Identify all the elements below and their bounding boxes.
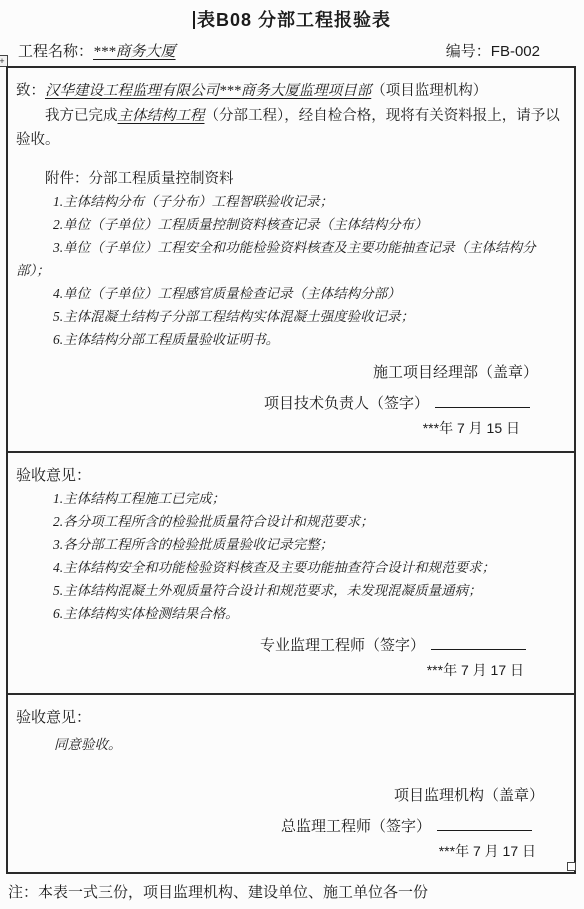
attachment-item: 2.单位（子单位）工程质量控制资料核查记录（主体结构分布） (16, 213, 566, 236)
attachment-label: 附件：分部工程质量控制资料 (16, 168, 566, 190)
opinion-item: 3.各分部工程所含的检验批质量验收记录完整； (16, 533, 566, 556)
project-name-label: 工程名称： (18, 43, 93, 60)
project-name-field: 工程名称：***商务大厦 (18, 40, 176, 61)
attachment-item: 3.单位（子单位）工程安全和功能检验资料核查及主要功能抽查记录（主体结构分部）； (16, 236, 566, 282)
form-number-value: FB-002 (491, 43, 540, 60)
page-title: 表B08 分部工程报验表 (0, 6, 584, 32)
table-resize-handle-icon[interactable] (567, 862, 576, 871)
supervisor-sign-label: 专业监理工程师（签字） (260, 637, 425, 654)
attachment-item: 6.主体结构分部工程质量验收证明书。 (16, 328, 566, 351)
form-title-text: 表B08 分部工程报验表 (197, 10, 391, 30)
signature-blank[interactable] (431, 636, 526, 650)
opinion-item: 5.主体结构混凝土外观质量符合设计和规范要求，未发现混凝质量通病； (16, 579, 566, 602)
text-cursor-icon (193, 11, 195, 29)
supervision-org-stamp-line: 项目监理机构（盖章） (16, 784, 566, 808)
chief-supervisor-signature-block: 项目监理机构（盖章） 总监理工程师（签字） ***年 7 月 17 日 (16, 784, 566, 862)
signature-blank[interactable] (437, 817, 532, 831)
final-opinion-value: 同意验收。 (16, 733, 566, 756)
inspection-opinion-section: 验收意见： 1.主体结构工程施工已完成； 2.各分项工程所含的检验批质量符合设计… (8, 453, 574, 695)
form-number-label: 编号： (446, 43, 491, 60)
tech-director-sign-label: 项目技术负责人（签字） (264, 395, 429, 412)
contractor-date-line: ***年 7 月 15 日 (16, 417, 566, 439)
signature-blank[interactable] (435, 394, 530, 408)
project-name-value: ***商务大厦 (93, 44, 176, 60)
attachment-item: 5.主体混凝土结构子分部工程结构实体混凝土强度验收记录； (16, 305, 566, 328)
addressee-value: 汉华建设工程监理有限公司***商务大厦监理项目部 (45, 83, 371, 99)
sub-project-value: 主体结构工程 (118, 108, 205, 124)
supervisor-sign-line: 专业监理工程师（签字） (16, 633, 566, 659)
opinion-item: 4.主体结构安全和功能检验资料核查及主要功能抽查符合设计和规范要求； (16, 556, 566, 579)
supervisor-date-line: ***年 7 月 17 日 (16, 659, 566, 681)
supervisor-signature-block: 专业监理工程师（签字） ***年 7 月 17 日 (16, 627, 566, 681)
addressee-label: 致： (16, 83, 45, 99)
final-opinion-heading: 验收意见： (16, 707, 566, 729)
statement-prefix: 我方已完成 (45, 108, 118, 124)
opinion-item: 6.主体结构实体检测结果合格。 (16, 602, 566, 625)
form-number-field: 编号：FB-002 (446, 40, 540, 61)
opinion-item: 2.各分项工程所含的检验批质量符合设计和规范要求； (16, 510, 566, 533)
chief-supervisor-date-line: ***年 7 月 17 日 (16, 840, 566, 862)
chief-supervisor-sign-label: 总监理工程师（签字） (281, 818, 431, 835)
opinion-heading: 验收意见： (16, 465, 566, 487)
footer-note: 注：本表一式三份，项目监理机构、建设单位、施工单位各一份 (8, 883, 428, 903)
chief-supervisor-sign-line: 总监理工程师（签字） (16, 814, 566, 840)
application-statement: 我方已完成主体结构工程（分部工程），经自检合格，现将有关资料报上，请予以验收。 (16, 104, 566, 152)
addressee-suffix: （项目监理机构） (371, 83, 487, 99)
attachment-item: 1.主体结构分布（子分布）工程智联验收记录； (16, 190, 566, 213)
tech-director-sign-line: 项目技术负责人（签字） (16, 391, 566, 417)
attachment-item: 4.单位（子单位）工程感官质量检查记录（主体结构分部） (16, 282, 566, 305)
opinion-item: 1.主体结构工程施工已完成； (16, 487, 566, 510)
contractor-stamp-line: 施工项目经理部（盖章） (16, 361, 566, 385)
final-opinion-section: 验收意见： 同意验收。 项目监理机构（盖章） 总监理工程师（签字） ***年 7… (8, 695, 574, 872)
addressee-line: 致：汉华建设工程监理有限公司***商务大厦监理项目部（项目监理机构） (16, 80, 566, 102)
application-section: 致：汉华建设工程监理有限公司***商务大厦监理项目部（项目监理机构） 我方已完成… (8, 68, 574, 453)
form-body-table: 致：汉华建设工程监理有限公司***商务大厦监理项目部（项目监理机构） 我方已完成… (6, 66, 576, 874)
form-header-row: 工程名称：***商务大厦 编号：FB-002 (14, 40, 570, 64)
contractor-signature-block: 施工项目经理部（盖章） 项目技术负责人（签字） ***年 7 月 15 日 (16, 361, 566, 439)
